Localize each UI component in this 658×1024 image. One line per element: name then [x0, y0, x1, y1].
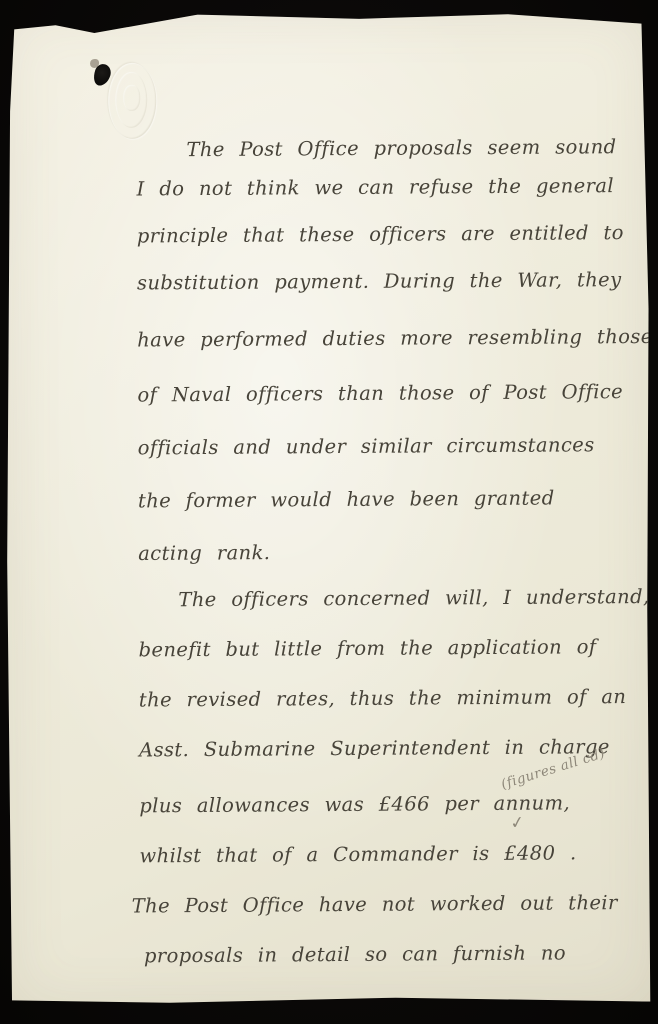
handwritten-line: acting rank. [138, 541, 270, 565]
handwritten-line: officials and under similar circumstance… [138, 433, 595, 459]
manuscript-page: The Post Office proposals seem sound I d… [4, 9, 654, 1012]
handwritten-line: principle that these officers are entitl… [137, 221, 624, 247]
handwritten-text-block: The Post Office proposals seem sound I d… [130, 9, 646, 1011]
handwritten-line: The Post Office proposals seem sound [186, 135, 616, 161]
handwritten-line: Asst. Submarine Superintendent in charge [139, 735, 610, 761]
handwritten-line: the former would have been granted [138, 486, 555, 512]
handwritten-line: of Naval officers than those of Post Off… [137, 380, 623, 406]
handwritten-line: I do not think we can refuse the general [137, 174, 615, 200]
handwritten-line: whilst that of a Commander is £480 . [139, 841, 576, 867]
handwritten-line: the revised rates, thus the minimum of a… [139, 685, 627, 711]
handwritten-line: substitution payment. During the War, th… [137, 268, 622, 294]
handwritten-line: benefit but little from the application … [139, 635, 597, 661]
handwritten-line: have performed duties more resembling th… [137, 325, 653, 352]
handwritten-line: The Post Office have not worked out thei… [132, 891, 618, 917]
ink-blot [90, 59, 112, 89]
handwritten-line: proposals in detail so can furnish no [144, 941, 566, 967]
handwritten-line: plus allowances was £466 per annum, [139, 791, 570, 817]
handwritten-line: The officers concerned will, I understan… [178, 585, 649, 611]
pencil-check-mark: ✓ [509, 812, 526, 834]
scan-background: The Post Office proposals seem sound I d… [0, 0, 658, 1024]
